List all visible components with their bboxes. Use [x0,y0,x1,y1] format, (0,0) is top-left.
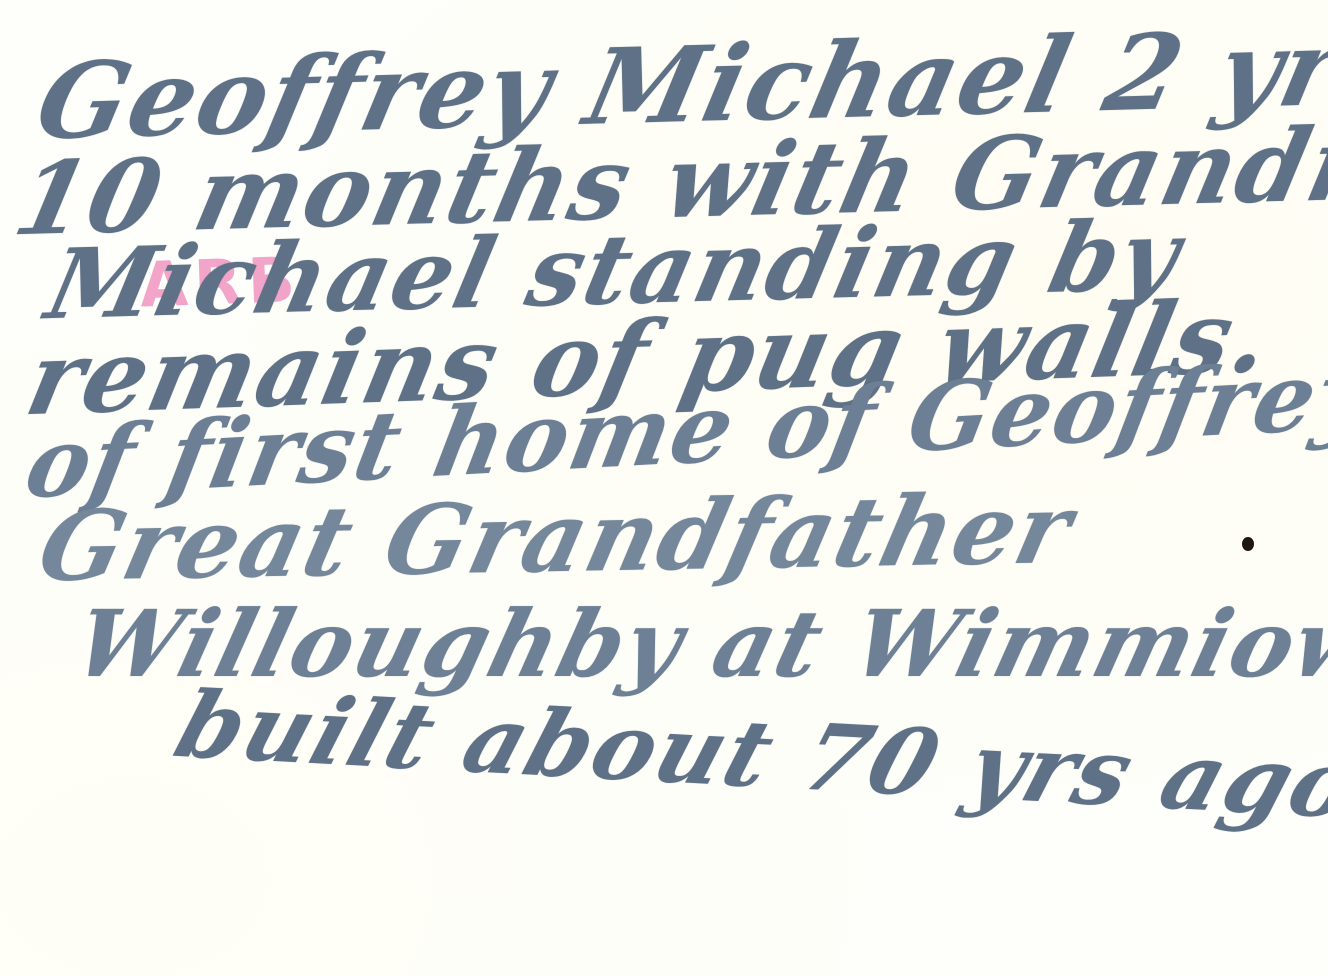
inscription-line-6: Great Grandfather [29,472,1084,603]
ink-blot-mark [1242,537,1254,551]
handwritten-card: ARB Geoffrey Michael 2 yrs 10 months wit… [0,0,1328,976]
